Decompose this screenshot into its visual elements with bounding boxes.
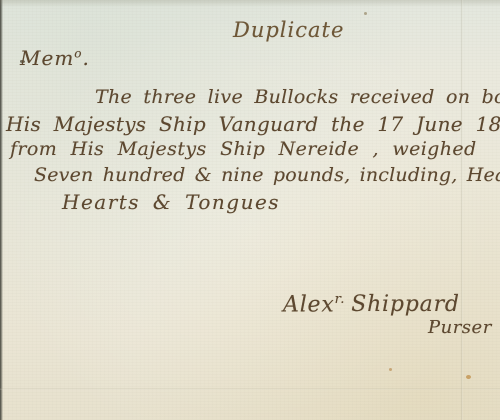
- body-line-5: Hearts & Tongues: [62, 190, 280, 214]
- memo-label-period: .: [83, 46, 90, 70]
- foxing-spot: [466, 375, 471, 379]
- photo-edge: [0, 0, 3, 420]
- signature-role: Purser: [428, 317, 492, 338]
- body-line-4: Seven hundred & nine pounds, including, …: [34, 164, 500, 186]
- vertical-fold-crease: [461, 0, 463, 420]
- foxing-spot: [364, 12, 367, 15]
- signature-first-name: Alex: [283, 292, 335, 317]
- manuscript-page: Duplicate Memo. The three live Bullocks …: [0, 0, 500, 420]
- body-line-2: His Majestys Ship Vanguard the 17 June 1…: [6, 112, 500, 136]
- memo-label: Memo.: [20, 46, 90, 70]
- body-line-3: from His Majestys Ship Nereide , weighed: [10, 138, 477, 160]
- document-title: Duplicate: [233, 18, 344, 42]
- signature-name: Alexr.Shippard: [283, 292, 460, 317]
- memo-label-base: Mem: [20, 46, 74, 70]
- body-line-1: The three live Bullocks received on boar…: [95, 86, 500, 108]
- signature-superscript: r.: [335, 292, 346, 307]
- signature-surname: Shippard: [351, 292, 460, 317]
- bottom-fold-crease: [0, 388, 500, 390]
- foxing-spot: [389, 368, 392, 371]
- top-fold-crease: [0, 0, 500, 7]
- memo-label-superscript: o: [74, 46, 82, 60]
